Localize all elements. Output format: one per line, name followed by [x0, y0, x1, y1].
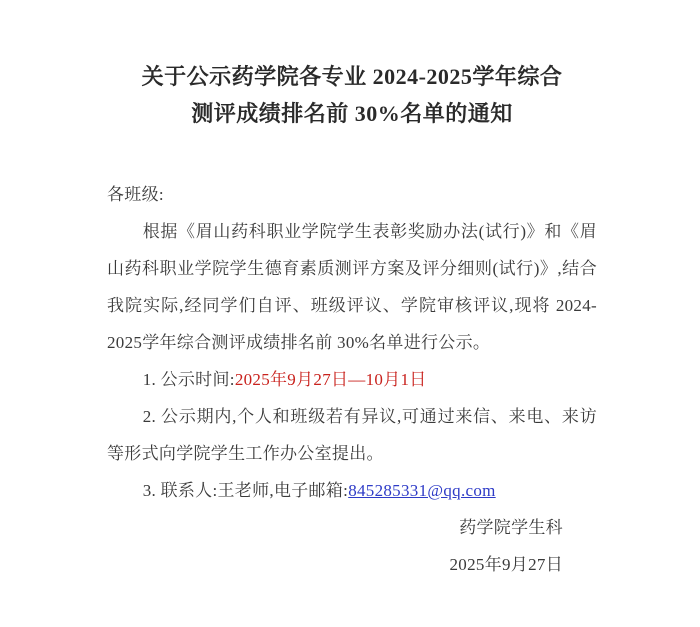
notice-title: 关于公示药学院各专业 2024-2025学年综合 测评成绩排名前 30%名单的通… [107, 58, 597, 132]
signature-block: 药学院学生科 2025年9月27日 [107, 509, 597, 583]
item-publicity-period: 1. 公示时间:2025年9月27日—10月1日 [107, 361, 597, 398]
email-link[interactable]: 845285331@qq.com [348, 481, 495, 500]
publicity-period-dates: 2025年9月27日—10月1日 [235, 370, 427, 389]
signature-date: 2025年9月27日 [107, 546, 563, 583]
item-contact: 3. 联系人:王老师,电子邮箱:845285331@qq.com [107, 472, 597, 509]
item-objection-channels: 2. 公示期内,个人和班级若有异议,可通过来信、来电、来访等形式向学院学生工作办… [107, 398, 597, 472]
intro-paragraph: 根据《眉山药科职业学院学生表彰奖励办法(试行)》和《眉山药科职业学院学生德育素质… [107, 213, 597, 361]
notice-title-line2: 测评成绩排名前 30%名单的通知 [107, 95, 597, 132]
publicity-period-label: 1. 公示时间: [143, 370, 235, 389]
notice-title-line1: 关于公示药学院各专业 2024-2025学年综合 [107, 58, 597, 95]
notice-document: 关于公示药学院各专业 2024-2025学年综合 测评成绩排名前 30%名单的通… [0, 0, 700, 627]
contact-label: 3. 联系人:王老师,电子邮箱: [143, 481, 349, 500]
salutation: 各班级: [107, 176, 597, 213]
signature-department: 药学院学生科 [107, 509, 563, 546]
